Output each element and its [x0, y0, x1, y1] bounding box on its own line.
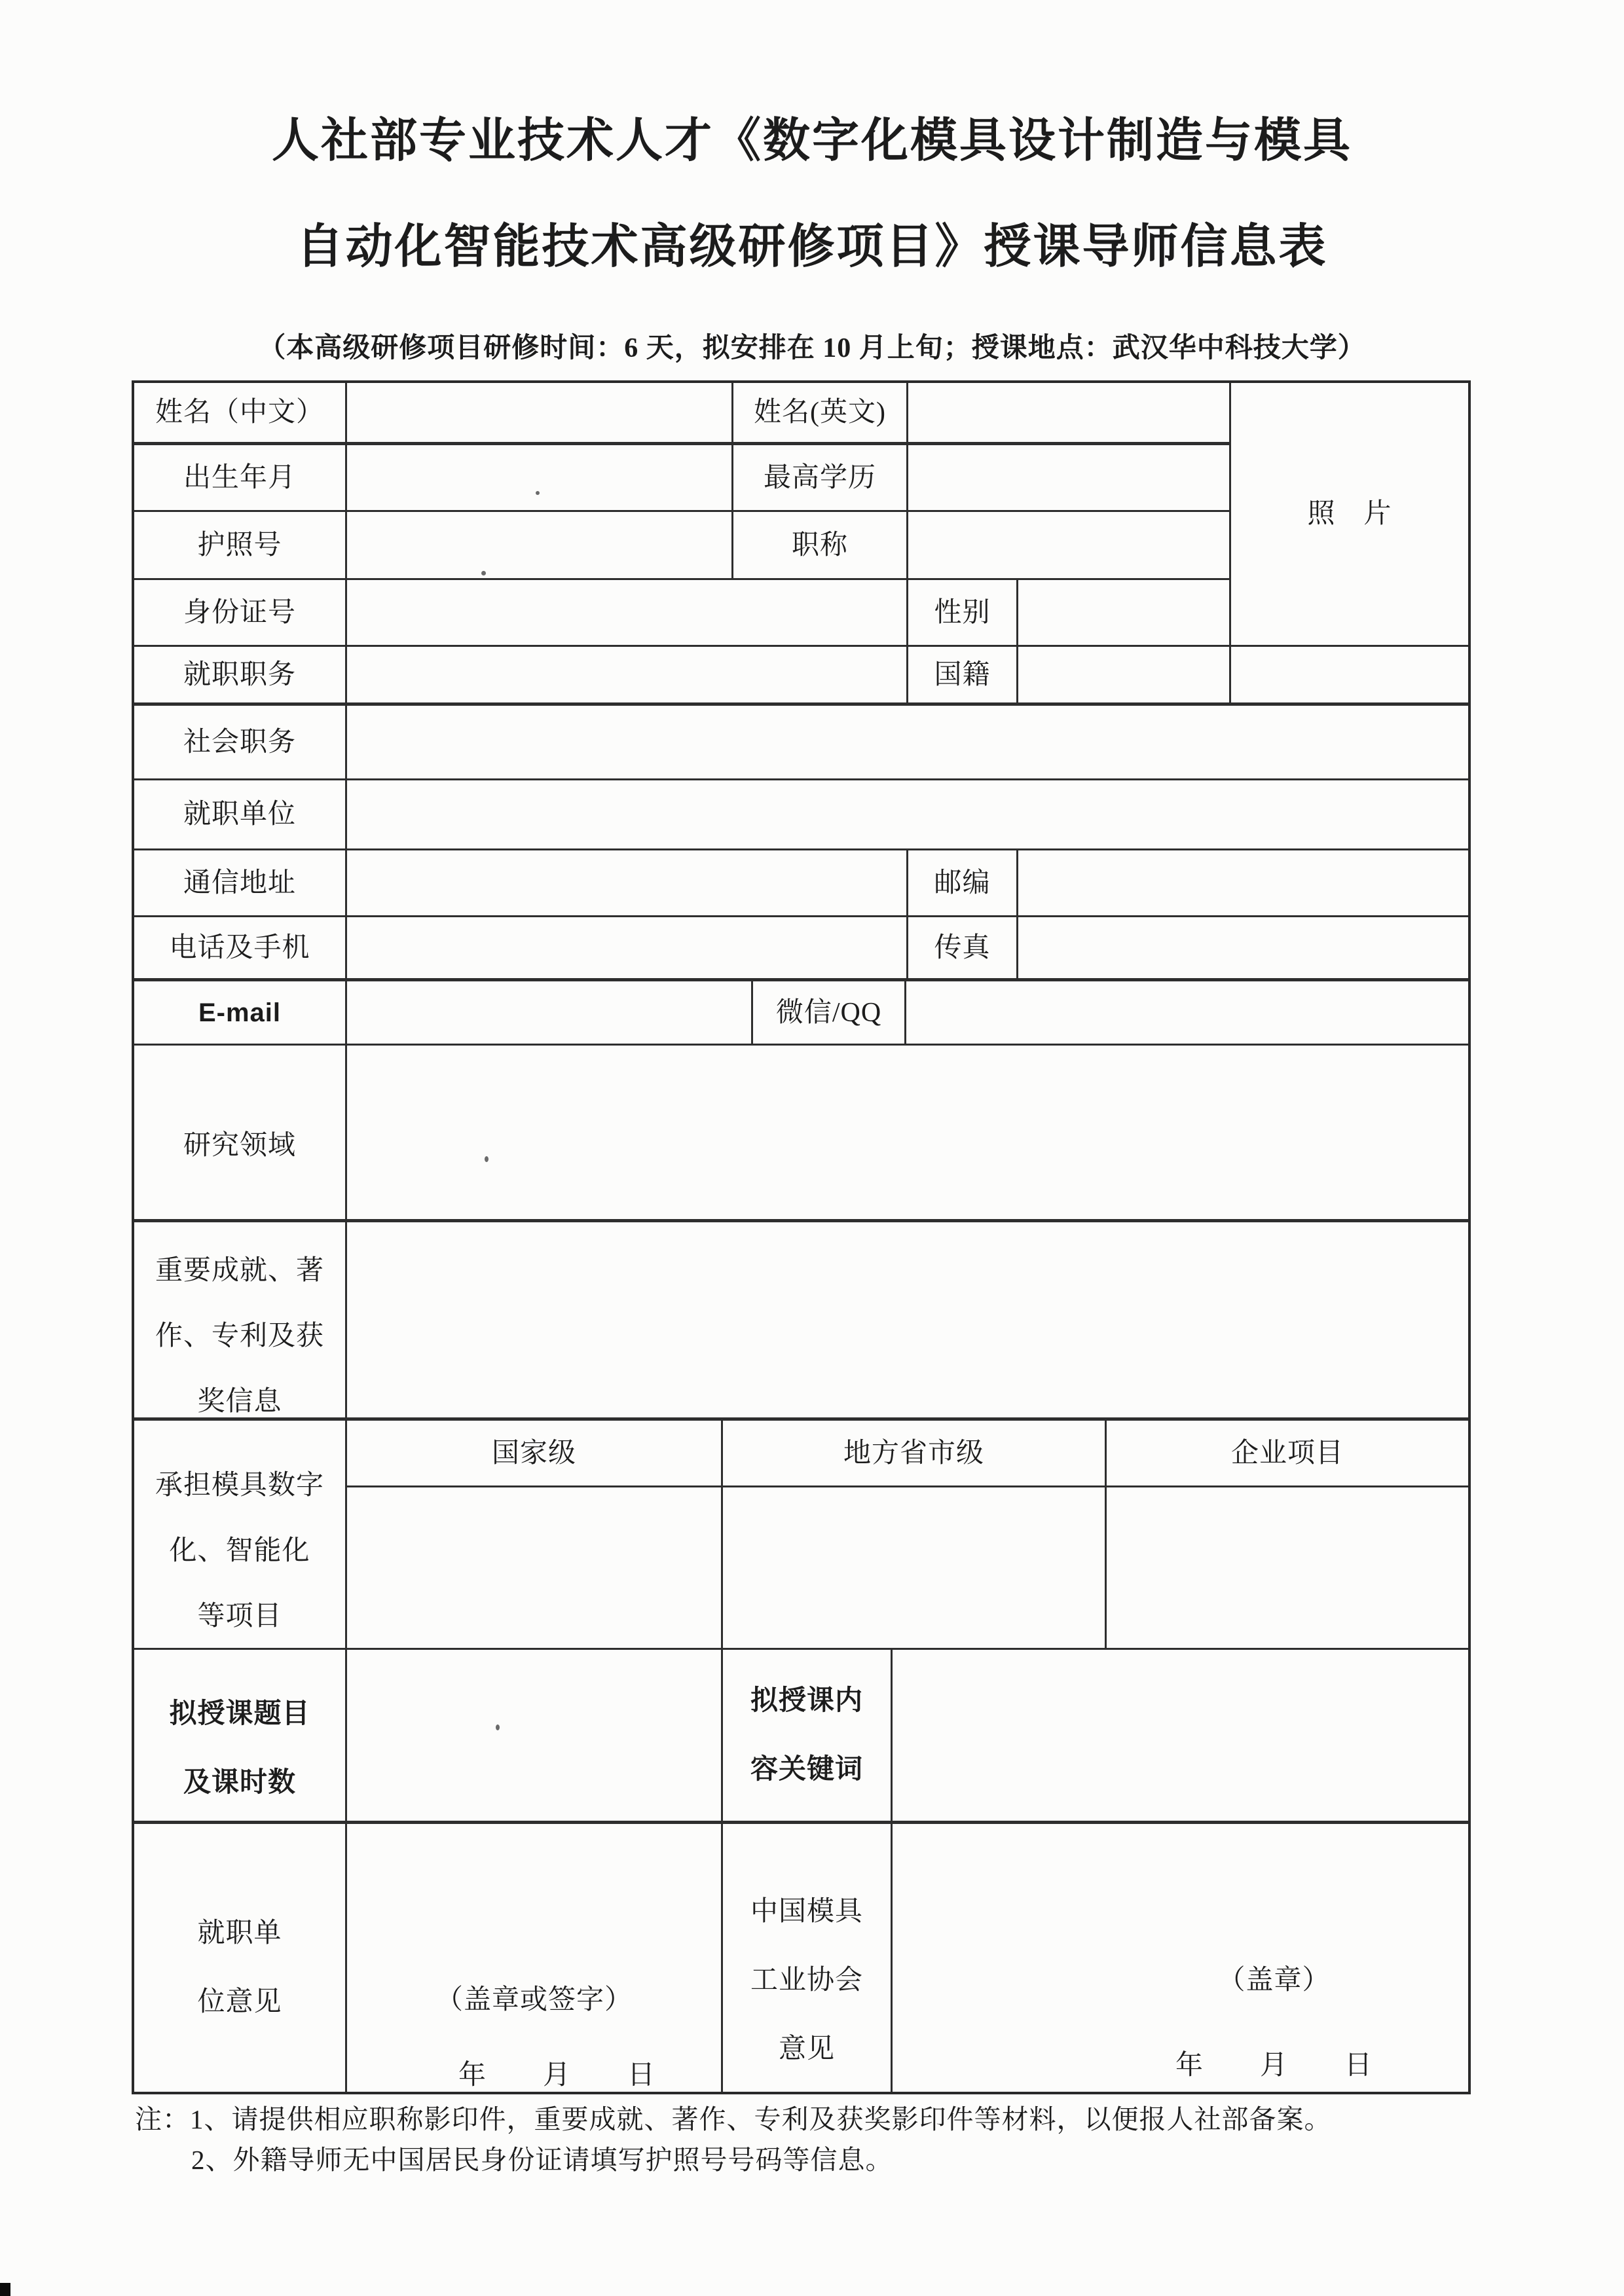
cell-wechat-qq-value [906, 981, 1468, 1046]
label-birth: 出生年月 [134, 445, 347, 512]
label-course-keywords: 拟授课内 容关键词 [723, 1650, 893, 1824]
label-gender: 性别 [908, 580, 1018, 647]
photo-box: 照 片 [1231, 383, 1468, 647]
label-id-no: 身份证号 [134, 580, 347, 647]
header-project-provincial: 地方省市级 [723, 1421, 1107, 1487]
cell-social-position-value [347, 706, 1468, 780]
label-research-field: 研究领域 [134, 1046, 347, 1222]
label-achievements: 重要成就、著 作、专利及获 奖信息 [134, 1222, 347, 1421]
cell-nationality-value [1018, 647, 1231, 706]
label-postcode: 邮编 [908, 850, 1018, 917]
scanned-form-page: 人社部专业技术人才《数字化模具设计制造与模具 自动化智能技术高级研修项目》授课导… [0, 0, 1624, 2296]
association-seal-hint: （盖章） [893, 1961, 1468, 1999]
form-title-line2: 自动化智能技术高级研修项目》授课导师信息表 [0, 208, 1624, 276]
cell-phone-mobile-value [347, 917, 908, 981]
label-employer: 就职单位 [134, 780, 347, 850]
cell-achievements-value [347, 1222, 1468, 1421]
label-nationality: 国籍 [908, 647, 1018, 706]
cell-project-provincial-value [723, 1487, 1107, 1650]
instructor-info-table: 姓名（中文） 姓名(英文) 照 片 出生年月 最高学历 护照号 职称 身份证号 … [132, 380, 1471, 2094]
cell-name-en-value [908, 383, 1231, 445]
footnote-1: 注：1、请提供相应职称影印件，重要成就、著作、专利及获奖影印件等材料，以便报人社… [135, 2098, 1332, 2136]
label-phone-mobile: 电话及手机 [134, 917, 347, 981]
label-name-en: 姓名(英文) [733, 383, 908, 445]
scan-speck [481, 571, 486, 575]
cell-employer-opinion-value: （盖章或签字） 年 月 日 [347, 1824, 723, 2092]
cell-birth-value [347, 445, 733, 512]
cell-email-value [347, 981, 753, 1046]
cell-course-keywords-value [893, 1650, 1468, 1824]
cell-prof-title-value [908, 512, 1231, 580]
header-project-national: 国家级 [347, 1421, 723, 1487]
cell-photo-spacer [1231, 647, 1468, 706]
label-association-opinion: 中国模具 工业协会 意见 [723, 1824, 893, 2092]
header-project-enterprise: 企业项目 [1107, 1421, 1468, 1487]
employer-opinion-date: 年 月 日 [347, 2056, 721, 2094]
cell-highest-degree-value [908, 445, 1231, 512]
association-opinion-date: 年 月 日 [893, 2047, 1468, 2085]
label-undertaken-projects: 承担模具数字 化、智能化 等项目 [134, 1421, 347, 1650]
cell-gender-value [1018, 580, 1231, 647]
label-wechat-qq: 微信/QQ [753, 981, 906, 1046]
scan-corner-artifact [0, 2283, 10, 2296]
cell-postcode-value [1018, 850, 1468, 917]
employer-seal-or-sign-hint: （盖章或签字） [347, 1981, 721, 2019]
footnote-2: 2、外籍导师无中国居民身份证请填写护照号号码等信息。 [191, 2138, 893, 2177]
cell-fax-value [1018, 917, 1468, 981]
cell-project-enterprise-value [1107, 1487, 1468, 1650]
cell-job-position-value [347, 647, 908, 706]
cell-project-national-value [347, 1487, 723, 1650]
cell-research-field-value [347, 1046, 1468, 1222]
cell-id-no-value [347, 580, 908, 647]
form-title-line1: 人社部专业技术人才《数字化模具设计制造与模具 [0, 102, 1624, 170]
label-passport-no: 护照号 [134, 512, 347, 580]
label-prof-title: 职称 [733, 512, 908, 580]
label-name-cn: 姓名（中文） [134, 383, 347, 445]
label-email: E-mail [134, 981, 347, 1046]
cell-employer-value [347, 780, 1468, 850]
label-employer-opinion: 就职单 位意见 [134, 1824, 347, 2092]
scan-speck [536, 491, 540, 495]
label-highest-degree: 最高学历 [733, 445, 908, 512]
label-mail-address: 通信地址 [134, 850, 347, 917]
label-fax: 传真 [908, 917, 1018, 981]
label-job-position: 就职职务 [134, 647, 347, 706]
cell-course-title-hours-value [347, 1650, 723, 1824]
label-social-position: 社会职务 [134, 706, 347, 780]
cell-name-cn-value [347, 383, 733, 445]
cell-passport-no-value [347, 512, 733, 580]
form-subtitle: （本高级研修项目研修时间：6 天，拟安排在 10 月上旬；授课地点：武汉华中科技… [0, 326, 1624, 365]
scan-speck [485, 1156, 489, 1162]
cell-association-opinion-value: （盖章） 年 月 日 [893, 1824, 1468, 2092]
scan-speck [496, 1724, 500, 1730]
cell-mail-address-value [347, 850, 908, 917]
label-course-title-hours: 拟授课题目 及课时数 [134, 1650, 347, 1824]
